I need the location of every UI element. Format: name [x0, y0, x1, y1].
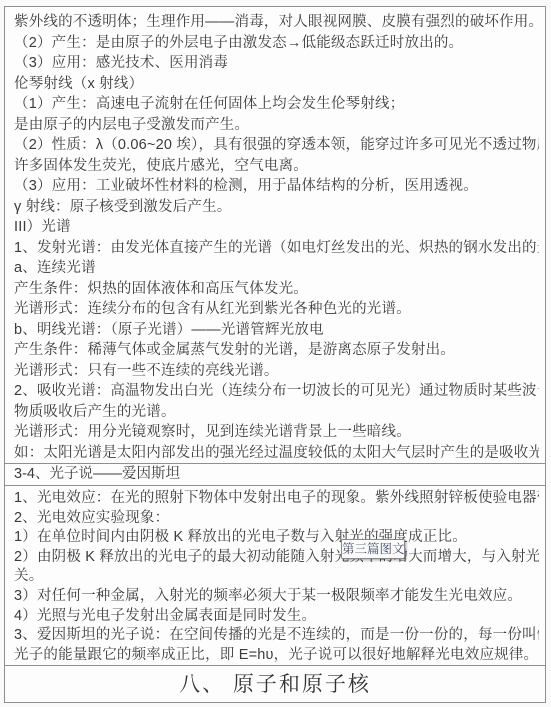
text-line: 2）由阴极 K 释放出的光电子的最大初动能随入射光频率的增大而增大，与入射光强度…: [14, 548, 539, 568]
screenshot-stage: 紫外线的不透明体；生理作用——消毒，对人眼视网膜、皮膜有强烈的破坏作用。（2）产…: [0, 0, 551, 707]
text-line: 2、光电效应实验现象：: [14, 509, 539, 529]
text-line: 是由原子的内层电子受激发而产生。: [14, 115, 539, 136]
text-line: （2）性质：λ（0.06~20 埃），具有很强的穿透本领，能穿过许多可见光不透过…: [14, 135, 539, 156]
text-line: （1）产生：高速电子流射在任何固体上均会发生伦琴射线；: [14, 94, 539, 115]
text-line: a、连续光谱: [14, 258, 539, 279]
text-line: 1、光电效应：在光的照射下物体中发射出电子的现象。紫外线照射锌板使验电器带正电。: [14, 489, 539, 509]
text-line: 1）在单位时间内由阴极 K 释放出的光电子数与入射光的强度成正比。: [14, 528, 539, 548]
text-line: 光谱形式：连续分布的包含有从红光到紫光各种色光的光谱。: [14, 299, 539, 320]
text-line: 物质吸收后产生的光谱。: [14, 402, 539, 423]
text-line: （3）应用：感光技术、医用消毒: [14, 53, 539, 74]
text-line: 产生条件：炽热的固体液体和高压气体发光。: [14, 279, 539, 300]
text-line: 光子的能量跟它的频率成正比，即 E=hυ，光子说可以很好地解释光电效应规律。: [14, 646, 539, 666]
text-line: 产生条件：稀薄气体或金属蒸气发射的光谱，是游离态原子发射出。: [14, 340, 539, 361]
chapter-title-atom-and-nucleus: 八、 原子和原子核: [5, 665, 545, 705]
section-radiation-and-spectrum: 紫外线的不透明体；生理作用——消毒，对人眼视网膜、皮膜有强烈的破坏作用。（2）产…: [5, 7, 545, 463]
document-page: 紫外线的不透明体；生理作用——消毒，对人眼视网膜、皮膜有强烈的破坏作用。（2）产…: [4, 6, 546, 703]
text-line: γ 射线：原子核受到激发后产生。: [14, 197, 539, 218]
text-line: 3）对任何一种金属，入射光的频率必须大于某一极限频率才能发生光电效应。: [14, 587, 539, 607]
text-line: 关。: [14, 567, 539, 587]
text-line: 4）光照与光电子发射出金属表面是同时发生。: [14, 607, 539, 627]
text-line: （2）产生：是由原子的外层电子由激发态→低能级态跃迁时放出的。: [14, 33, 539, 54]
text-line: b、明线光谱：（原子光谱）——光谱管辉光放电: [14, 320, 539, 341]
section-photoelectric-effect: 1、光电效应：在光的照射下物体中发射出电子的现象。紫外线照射锌板使验电器带正电。…: [5, 486, 545, 665]
text-line: 光谱形式：用分光镜观察时，见到连续光谱背景上一些暗线。: [14, 422, 539, 443]
text-line: 1、发射光谱：由发光体直接产生的光谱（如电灯丝发出的光、炽热的钢水发出的光。）: [14, 238, 539, 259]
section-header-photon-theory: 3-4、光子说——爱因斯坦: [5, 463, 545, 486]
text-line: 光谱形式：只有一些不连续的亮线光谱。: [14, 361, 539, 382]
overlay-link-third-article[interactable]: 第三篇图文: [341, 539, 405, 559]
text-line: 伦琴射线（x 射线）: [14, 74, 539, 95]
text-line: III）光谱: [14, 217, 539, 238]
text-line: 2、吸收光谱：高温物发出白光（连续分布一切波长的可见光）通过物质时某些波长的光被: [14, 381, 539, 402]
text-line: 3、爱因斯坦的光子说：在空间传播的光是不连续的，而是一份一份的，每一份叫做光子。: [14, 626, 539, 646]
text-line: 许多固体发生荧光，使底片感光，空气电离。: [14, 156, 539, 177]
text-line: 紫外线的不透明体；生理作用——消毒，对人眼视网膜、皮膜有强烈的破坏作用。: [14, 12, 539, 33]
text-line: （3）应用：工业破坏性材料的检测，用于晶体结构的分析，医用透视。: [14, 176, 539, 197]
text-line: 如：太阳光谱是太阳内部发出的强光经过温度较低的太阳大气层时产生的是吸收光谱。: [14, 443, 539, 464]
